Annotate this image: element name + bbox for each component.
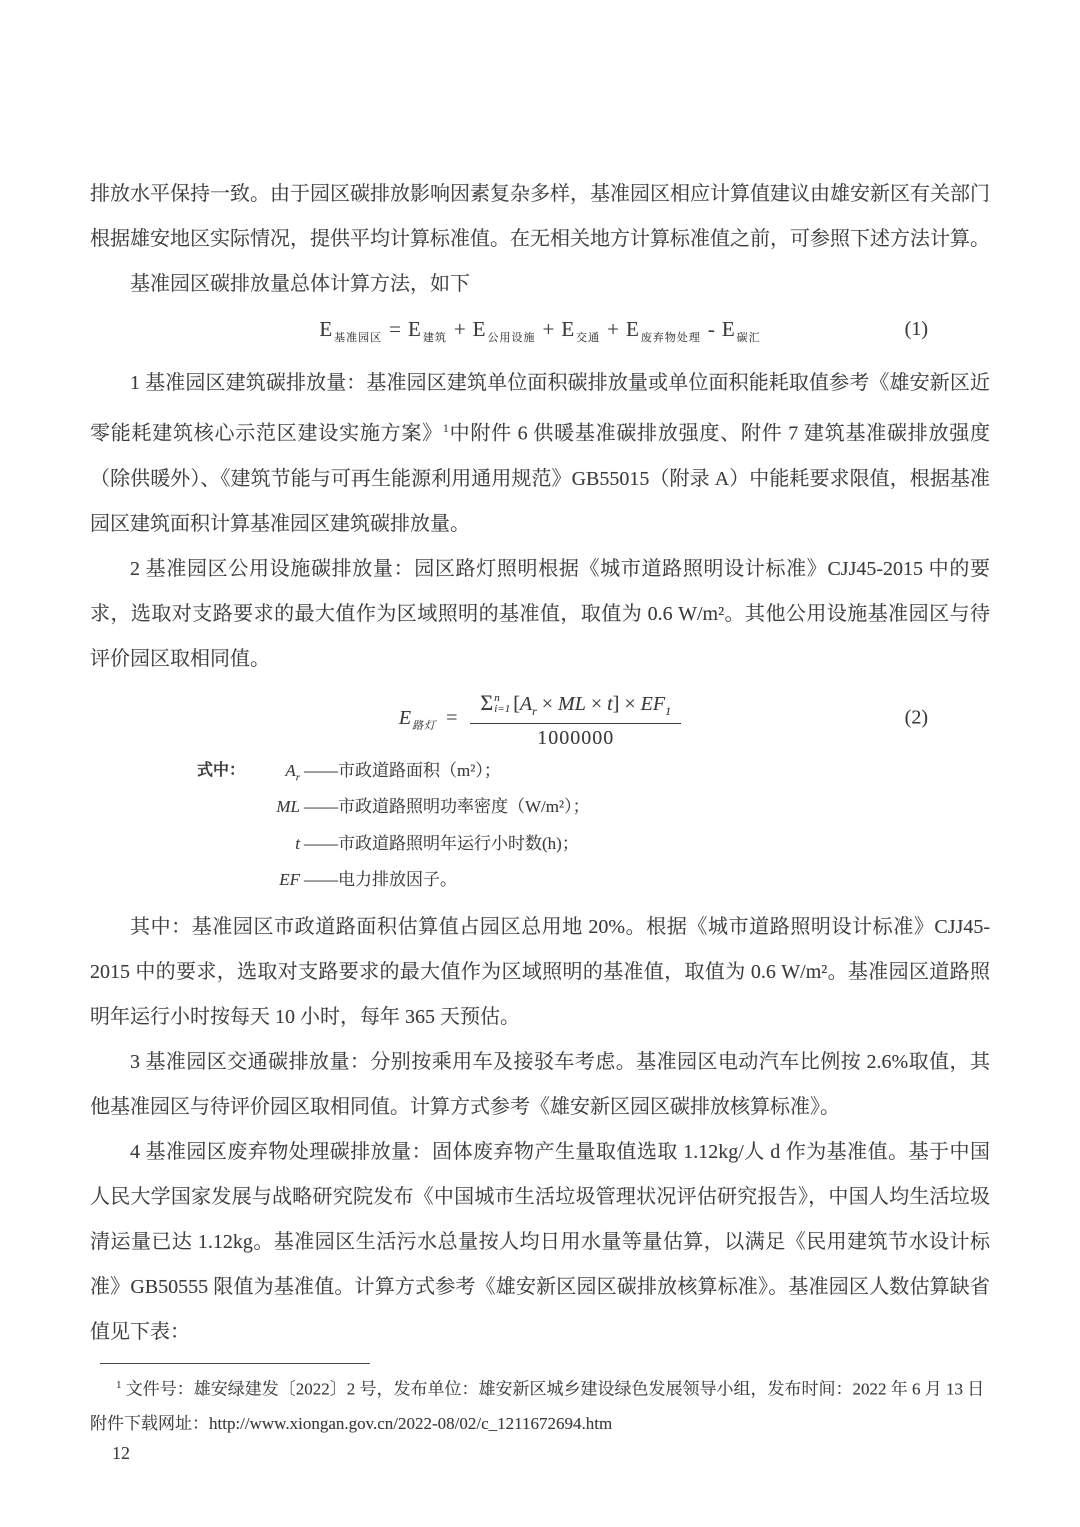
formula-2-number: (2) (905, 706, 928, 729)
definition-symbol: EF (205, 865, 304, 901)
paragraph-method-intro: 基准园区碳排放量总体计算方法，如下 (90, 262, 990, 307)
formula-1-number: (1) (905, 307, 928, 352)
formula-1-lhs: E基准园区 (319, 317, 382, 341)
definition-row: Ar ——市政道路面积（m²）； (205, 756, 990, 792)
paragraph-item-3: 3 基准园区交通碳排放量：分别按乘用车及接驳车考虑。基准园区电动汽车比例按 2.… (90, 1040, 990, 1130)
definition-description: ——市政道路面积（m²）； (304, 756, 990, 792)
formula-2: E路灯 = Σni=1[Ar×ML×t]×EF1 1000000 (2) (90, 682, 990, 754)
times-sign: × (591, 693, 602, 715)
times-sign: × (542, 693, 553, 715)
plus-sign: + (607, 317, 619, 341)
definition-description: ——电力排放因子。 (304, 865, 990, 901)
formula-1: E基准园区=E建筑+E公用设施+E交通+E废弃物处理-E碳汇 (1) (90, 307, 990, 361)
fraction: Σni=1[Ar×ML×t]×EF1 1000000 (470, 690, 681, 750)
formula-2-lhs: E路灯 = (399, 707, 463, 733)
page-number: 12 (112, 1443, 990, 1464)
paragraph-item-2: 2 基准园区公用设施碳排放量：园区路灯照明根据《城市道路照明设计标准》CJJ45… (90, 547, 990, 682)
definition-row: t ——市政道路照明年运行小时数(h)； (205, 829, 990, 865)
times-sign: × (624, 693, 635, 715)
paragraph-note: 其中：基准园区市政道路面积估算值占园区总用地 20%。根据《城市道路照明设计标准… (90, 905, 990, 1040)
minus-sign: - (708, 317, 715, 341)
footnote-line-1: 1 文件号：雄安绿建发〔2022〕2 号，发布单位：雄安新区城乡建设绿色发展领导… (90, 1368, 990, 1407)
plus-sign: + (543, 317, 555, 341)
definitions-block: 式中： Ar ——市政道路面积（m²）； ML ——市政道路照明功率密度（W/m… (90, 756, 990, 902)
definition-description: ——市政道路照明年运行小时数(h)； (304, 829, 990, 865)
footnote-url: http://www.xiongan.gov.cn/2022-08/02/c_1… (209, 1414, 612, 1433)
definitions-label: 式中： (197, 756, 245, 786)
paragraph-item-4: 4 基准园区废弃物处理碳排放量：固体废弃物产生量取值选取 1.12kg/人 d … (90, 1130, 990, 1355)
definition-symbol: ML (205, 792, 304, 828)
page-content: 排放水平保持一致。由于园区碳排放影响因素复杂多样，基准园区相应计算值建议由雄安新… (90, 172, 990, 1464)
sigma-operator: Σni=1 (480, 690, 510, 716)
definition-symbol: t (205, 829, 304, 865)
footnote: 1 文件号：雄安绿建发〔2022〕2 号，发布单位：雄安新区城乡建设绿色发展领导… (90, 1368, 990, 1441)
plus-sign: + (454, 317, 466, 341)
definition-row: EF ——电力排放因子。 (205, 865, 990, 901)
definition-description: ——市政道路照明功率密度（W/m²）； (304, 792, 990, 828)
definition-row: ML ——市政道路照明功率密度（W/m²）； (205, 792, 990, 828)
paragraph-item-1: 1 基准园区建筑碳排放量：基准园区建筑单位面积碳排放量或单位面积能耗取值参考《雄… (90, 361, 990, 547)
equals-sign: = (389, 317, 401, 341)
footnote-separator (100, 1363, 370, 1364)
fraction-numerator: Σni=1[Ar×ML×t]×EF1 (470, 690, 681, 724)
document-page: 排放水平保持一致。由于园区碳排放影响因素复杂多样，基准园区相应计算值建议由雄安新… (0, 0, 1080, 1527)
footnote-line-2: 附件下载网址：http://www.xiongan.gov.cn/2022-08… (90, 1407, 990, 1441)
fraction-denominator: 1000000 (470, 724, 681, 750)
paragraph-intro: 排放水平保持一致。由于园区碳排放影响因素复杂多样，基准园区相应计算值建议由雄安新… (90, 172, 990, 262)
footnote-url-label: 附件下载网址： (90, 1414, 209, 1433)
equals-sign: = (446, 707, 457, 729)
